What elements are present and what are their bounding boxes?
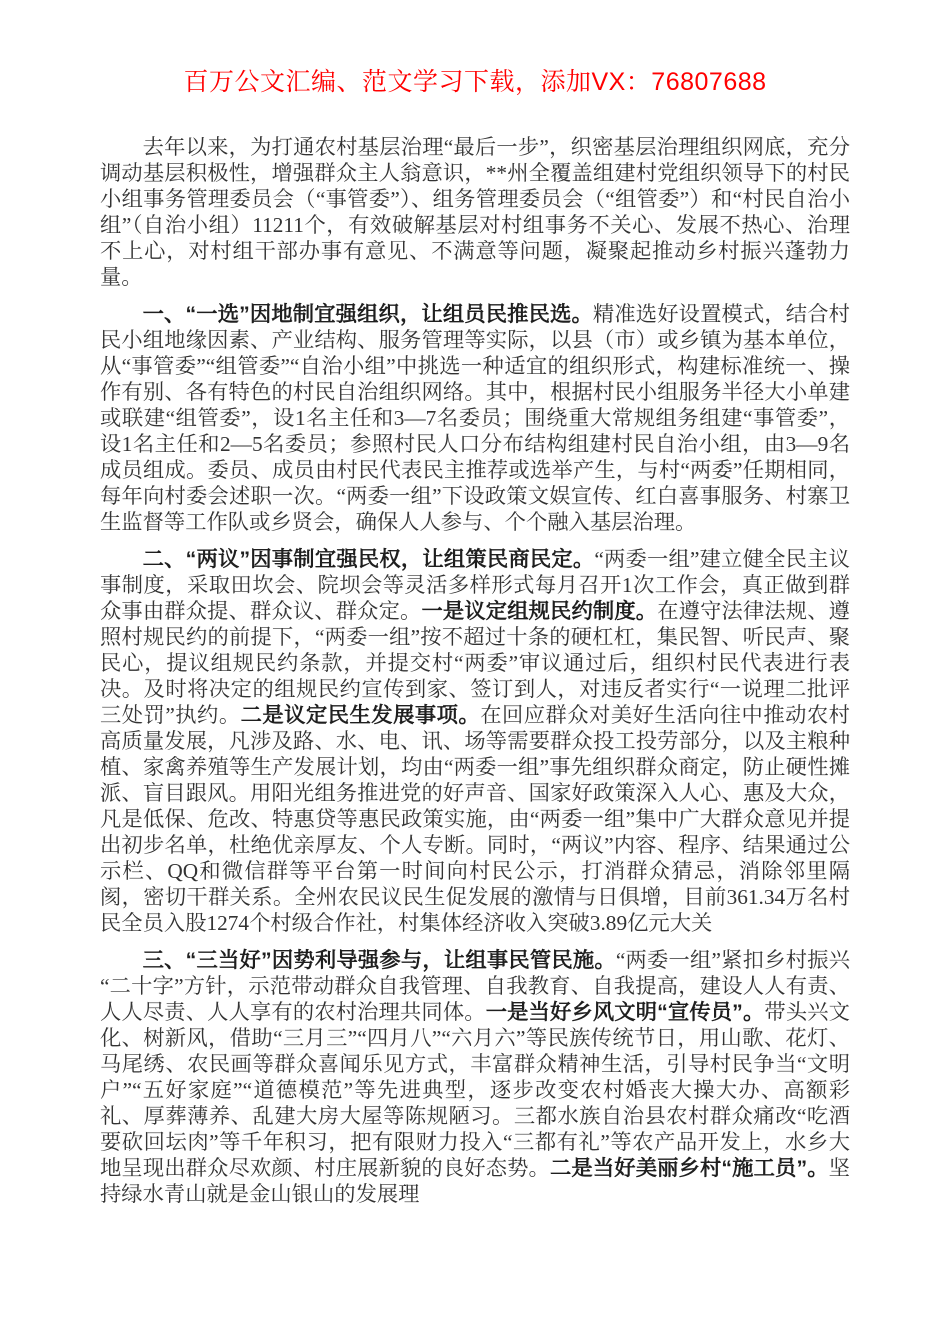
bold-text-run: 二是当好美丽乡村“施工员”。	[550, 1156, 829, 1180]
document-page: 百万公文汇编、范文学习下载，添加VX：76807688 去年以来，为打通农村基层…	[0, 0, 950, 1344]
text-run: 带头兴文化、树新风，借助“三月三”“四月八”“六月六”等民族传统节日，用山歌、花…	[100, 1000, 850, 1180]
paragraph: 二、“两议”因事制宜强民权，让组策民商民定。“两委一组”建立健全民主议事制度，采…	[100, 546, 850, 936]
paragraph: 一、“一选”因地制宜强组织，让组员民推民选。精准选好设置模式，结合村民小组地缘因…	[100, 301, 850, 535]
text-run: 去年以来，为打通农村基层治理“最后一步”，织密基层治理组织网底，充分调动基层积极…	[100, 135, 850, 289]
text-run: 精准选好设置模式，结合村民小组地缘因素、产业结构、服务管理等实际，以县（市）或乡…	[100, 302, 850, 534]
bold-text-run: 二是议定民生发展事项。	[241, 703, 481, 727]
text-run: 在回应群众对美好生活向往中推动农村高质量发展，凡涉及路、水、电、讯、场等需要群众…	[100, 703, 850, 935]
bold-text-run: 一是当好乡风文明“宣传员”。	[486, 1000, 765, 1024]
document-body: 去年以来，为打通农村基层治理“最后一步”，织密基层治理组织网底，充分调动基层积极…	[100, 134, 850, 1207]
bold-text-run: 一、“一选”因地制宜强组织，让组员民推民选。	[143, 302, 593, 326]
promo-header-text: 百万公文汇编、范文学习下载，添加VX：76807688	[100, 66, 850, 98]
paragraph: 去年以来，为打通农村基层治理“最后一步”，织密基层治理组织网底，充分调动基层积极…	[100, 134, 850, 290]
bold-text-run: 二、“两议”因事制宜强民权，让组策民商民定。	[143, 547, 595, 571]
bold-text-run: 一是议定组规民约制度。	[421, 599, 657, 623]
paragraph: 三、“三当好”因势利导强参与，让组事民管民施。“两委一组”紧扣乡村振兴“二十字”…	[100, 947, 850, 1207]
bold-text-run: 三、“三当好”因势利导强参与，让组事民管民施。	[143, 948, 616, 972]
